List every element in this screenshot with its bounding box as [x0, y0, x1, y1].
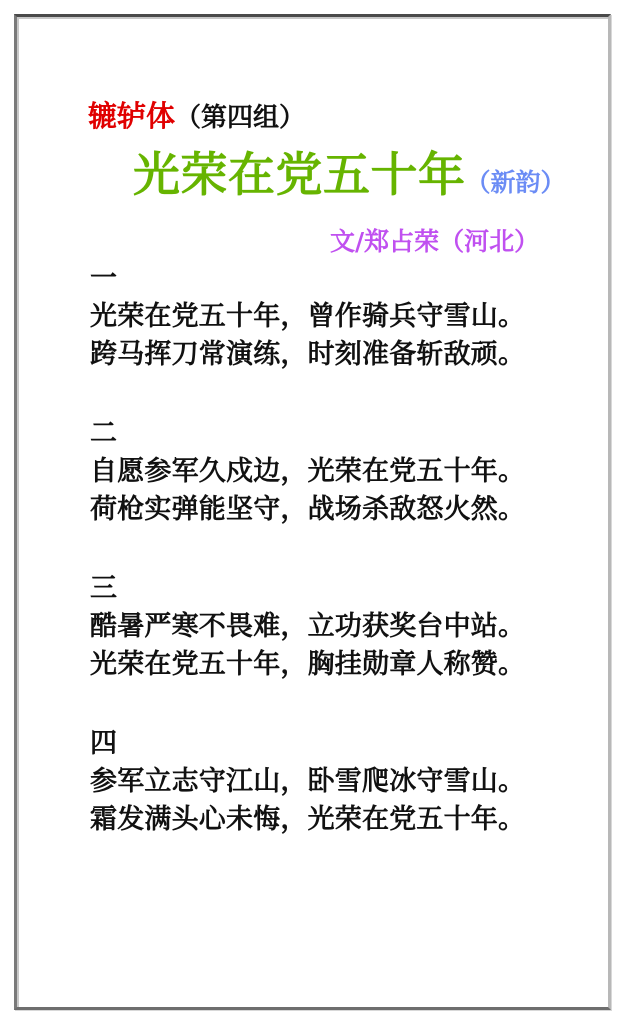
stanza-number: 四 [90, 725, 590, 763]
poem-title: 光荣在党五十年 [133, 148, 466, 203]
poem-body: 一 光荣在党五十年，曾作骑兵守雪山。 跨马挥刀常演练，时刻准备斩敌顽。 二 自愿… [90, 260, 590, 880]
verse-line: 光荣在党五十年，胸挂勋章人称赞。 [90, 646, 590, 684]
poem-style-heading: 辘轳体（第四组） [88, 98, 305, 136]
author-credit: 文/郑占荣（河北） [330, 224, 539, 260]
stanza-number: 二 [90, 415, 590, 453]
stanza: 四 参军立志守江山，卧雪爬冰守雪山。 霜发满头心未悔，光荣在党五十年。 [90, 725, 590, 839]
stanza: 一 光荣在党五十年，曾作骑兵守雪山。 跨马挥刀常演练，时刻准备斩敌顽。 [90, 260, 590, 374]
stanza: 三 酷暑严寒不畏难，立功获奖台中站。 光荣在党五十年，胸挂勋章人称赞。 [90, 570, 590, 684]
verse-line: 光荣在党五十年，曾作骑兵守雪山。 [90, 298, 590, 336]
poem-title-line: 光荣在党五十年（新韵） [133, 147, 566, 215]
stanza-number: 三 [90, 570, 590, 608]
verse-line: 自愿参军久戍边，光荣在党五十年。 [90, 453, 590, 491]
verse-line: 参军立志守江山，卧雪爬冰守雪山。 [90, 763, 590, 801]
verse-line: 霜发满头心未悔，光荣在党五十年。 [90, 801, 590, 839]
verse-line: 荷枪实弹能坚守，战场杀敌怒火然。 [90, 491, 590, 529]
style-group: （第四组） [175, 103, 305, 133]
stanza-number: 一 [90, 260, 590, 298]
verse-line: 酷暑严寒不畏难，立功获奖台中站。 [90, 608, 590, 646]
style-name: 辘轳体 [88, 99, 175, 133]
rhyme-note: （新韵） [466, 168, 566, 197]
verse-line: 跨马挥刀常演练，时刻准备斩敌顽。 [90, 336, 590, 374]
stanza: 二 自愿参军久戍边，光荣在党五十年。 荷枪实弹能坚守，战场杀敌怒火然。 [90, 415, 590, 529]
